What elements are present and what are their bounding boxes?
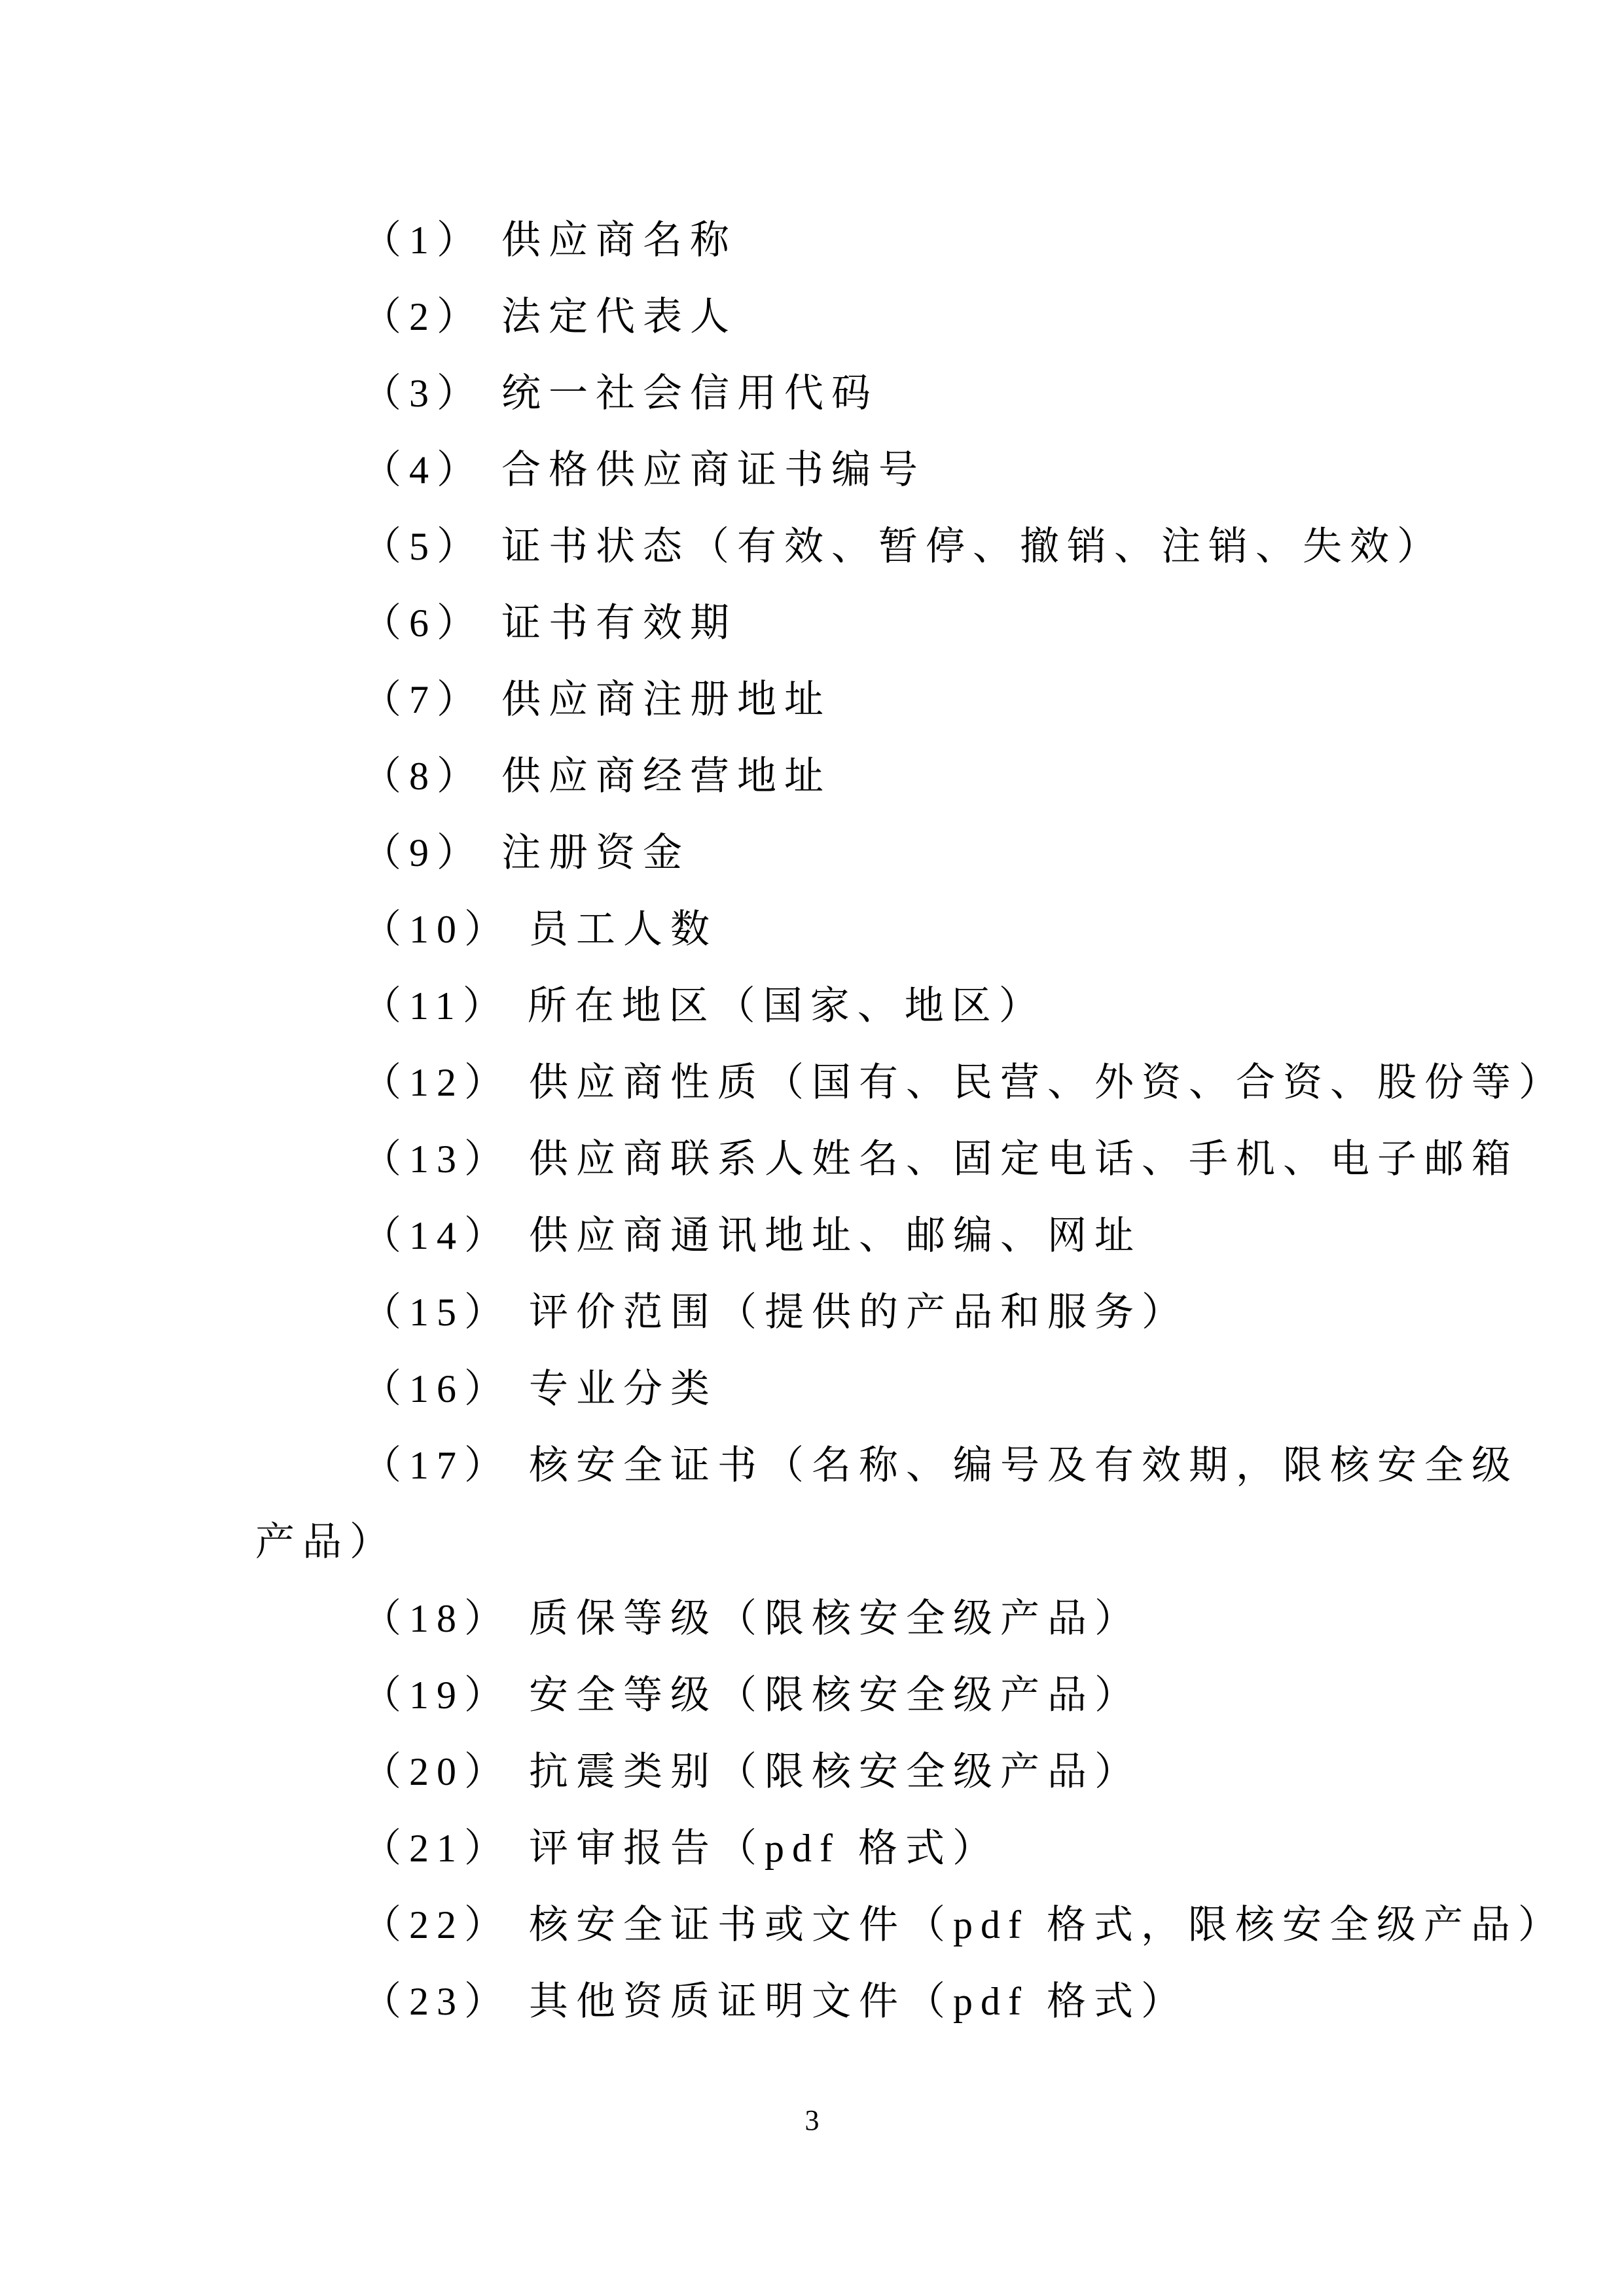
list-item-17-continuation: 产品）	[255, 1504, 1407, 1581]
list-item-2: （2） 法定代表人	[255, 279, 1407, 355]
list-item-9: （9） 注册资金	[255, 815, 1407, 891]
document-page: （1） 供应商名称 （2） 法定代表人 （3） 统一社会信用代码 （4） 合格供…	[0, 0, 1624, 2296]
list-item-8: （8） 供应商经营地址	[255, 738, 1407, 815]
list-item-5: （5） 证书状态（有效、暂停、撤销、注销、失效）	[255, 509, 1407, 585]
list-item-14: （14） 供应商通讯地址、邮编、网址	[255, 1198, 1407, 1274]
list-item-10: （10） 员工人数	[255, 891, 1407, 968]
list-item-19: （19） 安全等级（限核安全级产品）	[255, 1657, 1407, 1734]
list-item-13: （13） 供应商联系人姓名、固定电话、手机、电子邮箱	[255, 1121, 1407, 1198]
list-item-18: （18） 质保等级（限核安全级产品）	[255, 1581, 1407, 1657]
list-item-4: （4） 合格供应商证书编号	[255, 432, 1407, 509]
list-item-16: （16） 专业分类	[255, 1351, 1407, 1427]
list-item-1: （1） 供应商名称	[255, 202, 1407, 279]
list-item-7: （7） 供应商注册地址	[255, 662, 1407, 738]
list-item-12: （12） 供应商性质（国有、民营、外资、合资、股份等）	[255, 1045, 1407, 1121]
list-item-20: （20） 抗震类别（限核安全级产品）	[255, 1734, 1407, 1810]
list-item-6: （6） 证书有效期	[255, 585, 1407, 662]
list-item-3: （3） 统一社会信用代码	[255, 355, 1407, 432]
list-item-21: （21） 评审报告（pdf 格式）	[255, 1810, 1407, 1887]
list-item-23: （23） 其他资质证明文件（pdf 格式）	[255, 1964, 1407, 2040]
list-item-17: （17） 核安全证书（名称、编号及有效期，限核安全级	[255, 1427, 1407, 1504]
numbered-list: （1） 供应商名称 （2） 法定代表人 （3） 统一社会信用代码 （4） 合格供…	[255, 202, 1407, 2040]
list-item-11: （11） 所在地区（国家、地区）	[255, 968, 1407, 1045]
list-item-15: （15） 评价范围（提供的产品和服务）	[255, 1274, 1407, 1351]
list-item-22: （22） 核安全证书或文件（pdf 格式，限核安全级产品）	[255, 1887, 1407, 1964]
page-number: 3	[0, 2092, 1624, 2149]
